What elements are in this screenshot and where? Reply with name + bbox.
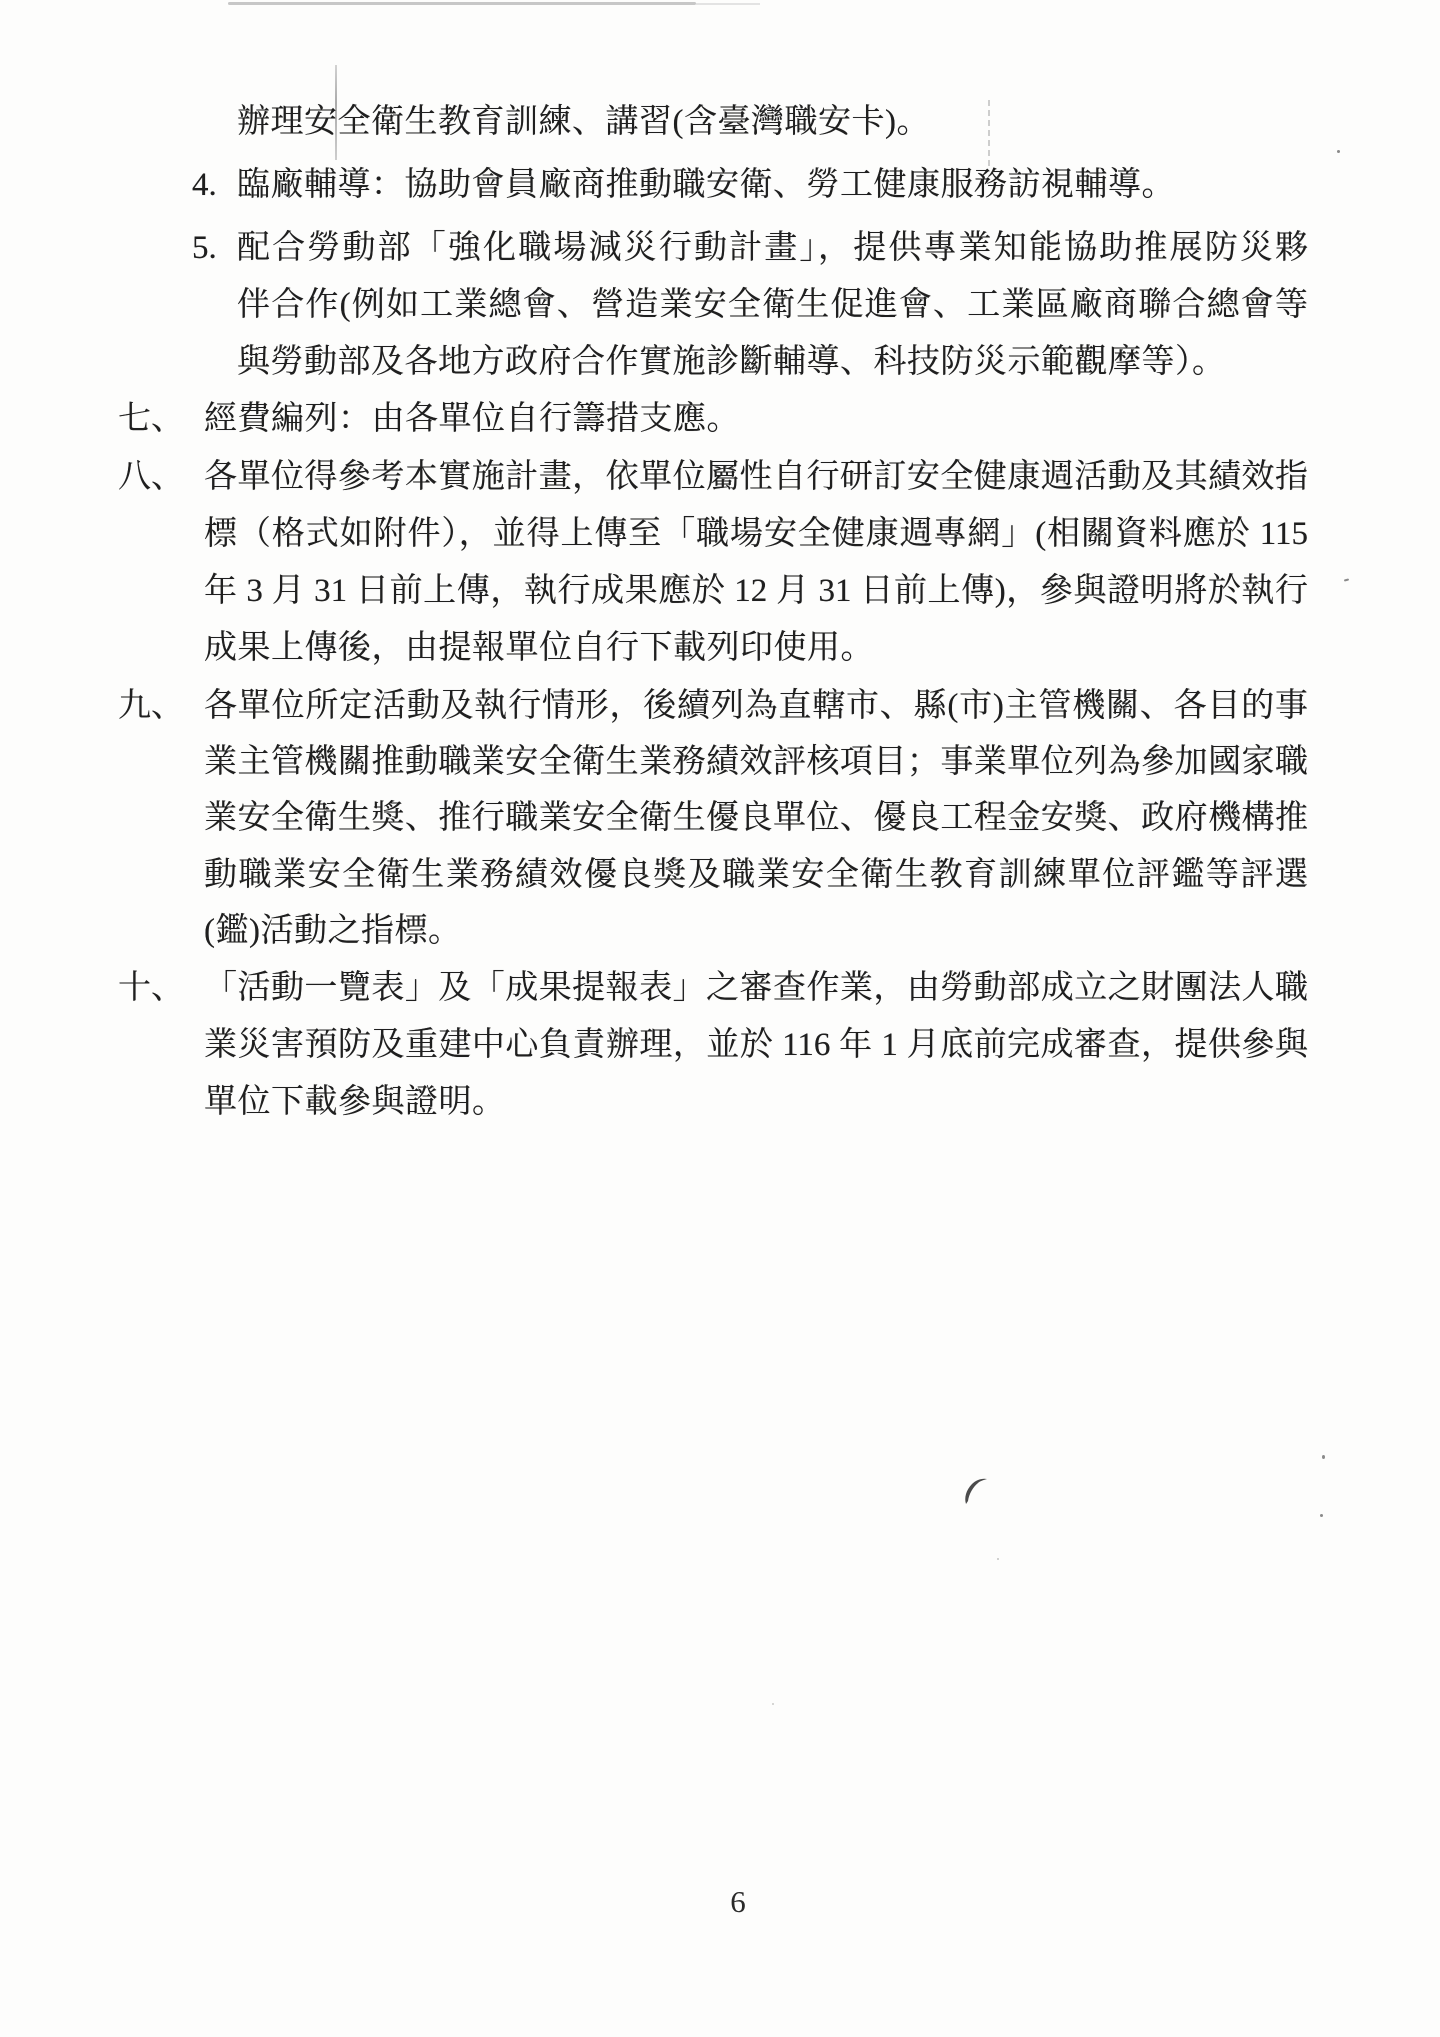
text-line: 與勞動部及各地方政府合作實施診斷輔導、科技防災示範觀摩等）。 — [237, 343, 1226, 382]
text-line: 年 3 月 31 日前上傳，執行成果應於 12 月 31 日前上傳)，參與證明將… — [204, 572, 1308, 611]
scanned-document-page: 4. 5. 七、 八、 九、 十、 辦理安全衛生教育訓練、講習(含臺灣職安卡)。… — [0, 0, 1440, 2037]
text-line: 單位下載參與證明。 — [204, 1083, 506, 1122]
list-marker: 七、 — [118, 400, 184, 439]
scan-speck — [997, 1558, 999, 1560]
page-number: 6 — [700, 1884, 776, 1920]
scan-speck — [1322, 1455, 1325, 1459]
scan-artifact-fold-line — [988, 100, 990, 166]
list-marker: 九、 — [118, 687, 184, 726]
text-line: 業安全衛生獎、推行職業安全衛生優良單位、優良工程金安獎、政府機構推 — [204, 799, 1308, 838]
text-line: 各單位得參考本實施計畫，依單位屬性自行研訂安全健康週活動及其績效指 — [204, 458, 1308, 497]
scan-speck — [1320, 1514, 1323, 1517]
scan-artifact-top-line-tail — [696, 3, 760, 5]
list-marker: 十、 — [118, 969, 184, 1008]
text-line: 臨廠輔導：協助會員廠商推動職安衛、勞工健康服務訪視輔導。 — [237, 166, 1175, 205]
scan-speck — [1344, 578, 1349, 581]
text-line: 業災害預防及重建中心負責辦理，並於 116 年 1 月底前完成審查，提供參與 — [204, 1026, 1308, 1065]
text-line: 成果上傳後，由提報單位自行下載列印使用。 — [204, 629, 874, 668]
text-line: 伴合作(例如工業總會、營造業安全衛生促進會、工業區廠商聯合總會等 — [237, 286, 1308, 325]
text-line: 動職業安全衛生業務績效優良獎及職業安全衛生教育訓練單位評鑑等評選 — [204, 856, 1308, 895]
list-marker: 八、 — [118, 458, 184, 497]
text-line: 辦理安全衛生教育訓練、講習(含臺灣職安卡)。 — [237, 103, 930, 142]
list-marker: 4. — [192, 166, 217, 205]
list-marker: 5. — [192, 229, 217, 268]
text-line: 「活動一覽表」及「成果提報表」之審查作業，由勞動部成立之財團法人職 — [204, 969, 1308, 1008]
text-line: 經費編列：由各單位自行籌措支應。 — [204, 400, 740, 439]
text-line: 業主管機關推動職業安全衛生業務績效評核項目；事業單位列為參加國家職 — [204, 743, 1308, 782]
scan-speck — [772, 1703, 774, 1705]
scan-artifact-top-line — [228, 2, 696, 5]
text-line: 標（格式如附件），並得上傳至「職場安全健康週專網」(相關資料應於 115 — [204, 515, 1308, 554]
scan-speck — [1337, 150, 1340, 153]
pen-mark — [960, 1470, 994, 1510]
text-line: (鑑)活動之指標。 — [204, 912, 461, 951]
text-line: 各單位所定活動及執行情形，後續列為直轄市、縣(市)主管機關、各目的事 — [204, 687, 1308, 726]
text-line: 配合勞動部「強化職場減災行動計畫」，提供專業知能協助推展防災夥 — [237, 229, 1308, 268]
